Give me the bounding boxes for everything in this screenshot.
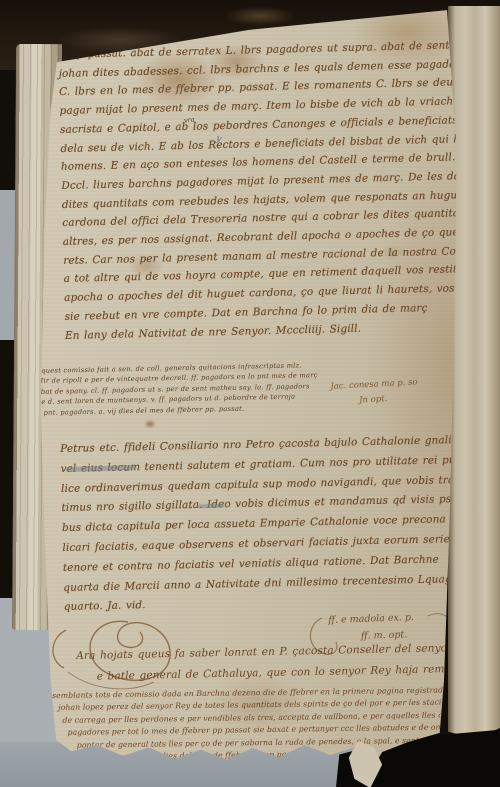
text-line: Jn opt. [359, 390, 419, 408]
manuscript-page: prop passat. abat de serratex L. lbrs pa… [28, 4, 460, 768]
scribe-side-note: Jac. conesa ma p. so Jn opt. [330, 375, 419, 410]
manuscript-photo: prop passat. abat de serratex L. lbrs pa… [0, 0, 500, 787]
next-leaf-fore-edge [448, 6, 500, 758]
paragraph-proclamation-head: Ara hojats queus fa saber lonrat en P. ç… [76, 637, 497, 688]
marginal-note-block: Aquest comissio fait a sen. de coll. gen… [36, 360, 318, 418]
paragraph-latin-letter: Petrus etc. ffideli Consiliario nro Petr… [60, 431, 456, 618]
interlinear-insertion-mark: vra [184, 115, 195, 124]
paragraph-catalan-letter: prop passat. abat de serratex L. lbrs pa… [58, 36, 461, 345]
